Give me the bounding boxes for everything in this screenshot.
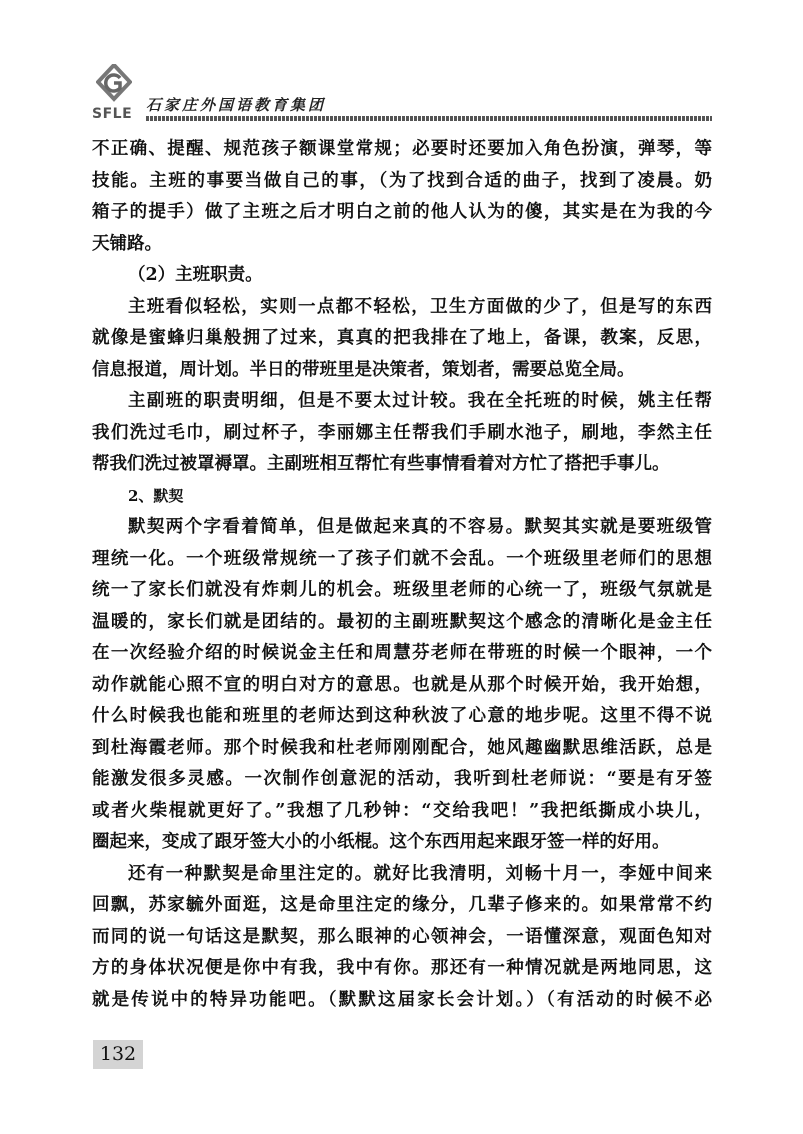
text-line: 温暖的，家长们就是团结的。最初的主副班默契这个感念的清晰化是金主任	[92, 607, 712, 639]
logo-text: SFLE	[92, 106, 132, 122]
text-line: 能激发很多灵感。一次制作创意泥的活动，我听到杜老师说：“要是有牙签	[92, 764, 712, 796]
text-line: 我们洗过毛巾，刷过杯子，李丽娜主任帮我们手刷水池子，刷地，李然主任	[92, 418, 712, 450]
text-line: 就是传说中的特异功能吧。（默默这届家长会计划。）（有活动的时候不必	[92, 985, 712, 1017]
text-line: 帮我们洗过被罩褥罩。主副班相互帮忙有些事情看着对方忙了搭把手事儿。	[92, 449, 712, 481]
text-line: 理统一化。一个班级常规统一了孩子们就不会乱。一个班级里老师们的思想	[92, 544, 712, 576]
text-line: 默契两个字看着简单，但是做起来真的不容易。默契其实就是要班级管	[92, 512, 712, 544]
text-line: 到杜海霞老师。那个时候我和杜老师刚刚配合，她风趣幽默思维活跃，总是	[92, 733, 712, 765]
text-line: 主班看似轻松，实则一点都不轻松，卫生方面做的少了，但是写的东西	[92, 292, 712, 324]
section-heading: （2）主班职责。	[92, 260, 712, 292]
text-line: 而同的说一句话这是默契，那么眼神的心领神会，一语懂深意，观面色知对	[92, 922, 712, 954]
header-divider	[146, 116, 712, 121]
text-line: 圈起来，变成了跟牙签大小的小纸棍。这个东西用起来跟牙签一样的好用。	[92, 827, 712, 859]
text-line: 技能。主班的事要当做自己的事，（为了找到合适的曲子，找到了凌晨。奶	[92, 166, 712, 198]
text-line: 还有一种默契是命里注定的。就好比我清明，刘畅十月一，李娅中间来	[92, 859, 712, 891]
sfle-logo: SFLE	[92, 64, 136, 124]
text-line: 统一了家长们就没有炸刺儿的机会。班级里老师的心统一了，班级气氛就是	[92, 575, 712, 607]
body-text: 不正确、提醒、规范孩子额课堂常规；必要时还要加入角色扮演，弹琴，等 技能。主班的…	[92, 134, 712, 1016]
page-number: 132	[93, 1040, 143, 1069]
text-line: 什么时候我也能和班里的老师达到这种秋波了心意的地步呢。这里不得不说	[92, 701, 712, 733]
text-line: 回飘，苏家毓外面逛，这是命里注定的缘分，几辈子修来的。如果常常不约	[92, 890, 712, 922]
page-header: SFLE 石家庄外国语教育集团	[92, 64, 712, 124]
text-line: 信息报道，周计划。半日的带班里是决策者，策划者，需要总览全局。	[92, 355, 712, 387]
text-line: 主副班的职责明细，但是不要太过计较。我在全托班的时候，姚主任帮	[92, 386, 712, 418]
text-line: 或者火柴棍就更好了。”我想了几秒钟：“交给我吧！”我把纸撕成小块儿，	[92, 796, 712, 828]
text-line: 天铺路。	[92, 229, 712, 261]
text-line: 箱子的提手）做了主班之后才明白之前的他人认为的傻，其实是在为我的今	[92, 197, 712, 229]
text-line: 在一次经验介绍的时候说金主任和周慧芬老师在带班的时候一个眼神，一个	[92, 638, 712, 670]
organization-name: 石家庄外国语教育集团	[146, 94, 326, 115]
text-line: 就像是蜜蜂归巢般拥了过来，真真的把我排在了地上，备课，教案，反思，	[92, 323, 712, 355]
text-line: 不正确、提醒、规范孩子额课堂常规；必要时还要加入角色扮演，弹琴，等	[92, 134, 712, 166]
section-heading: 2、默契	[92, 481, 712, 513]
text-line: 方的身体状况便是你中有我，我中有你。那还有一种情况就是两地同思，这	[92, 953, 712, 985]
text-line: 动作就能心照不宣的明白对方的意思。也就是从那个时候开始，我开始想，	[92, 670, 712, 702]
logo-mark-icon	[96, 64, 132, 102]
document-page: SFLE 石家庄外国语教育集团 不正确、提醒、规范孩子额课堂常规；必要时还要加入…	[0, 0, 803, 1134]
